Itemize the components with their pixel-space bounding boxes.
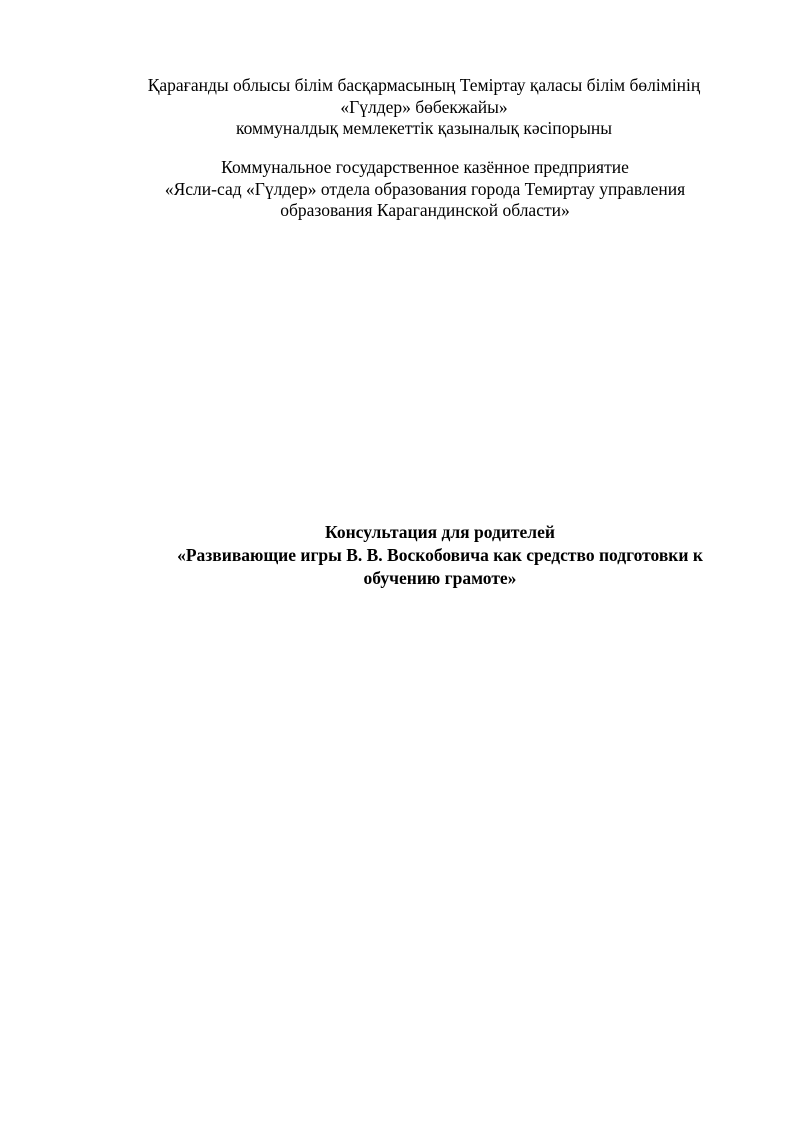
title-line-2: «Развивающие игры В. В. Воскобовича как … — [140, 544, 740, 567]
organization-header-kazakh: Қарағанды облысы білім басқармасының Тем… — [110, 75, 738, 140]
header-kz-line-1: Қарағанды облысы білім басқармасының Тем… — [110, 75, 738, 97]
title-line-3: обучению грамоте» — [140, 567, 740, 590]
title-line-1: Консультация для родителей — [140, 521, 740, 544]
header-kz-line-2: «Гүлдер» бөбекжайы» — [110, 97, 738, 119]
organization-header-russian: Коммунальное государственное казённое пр… — [120, 157, 730, 222]
header-ru-line-2: «Ясли-сад «Гүлдер» отдела образования го… — [120, 179, 730, 201]
header-ru-line-3: образования Карагандинской области» — [120, 200, 730, 222]
header-kz-line-3: коммуналдық мемлекеттік қазыналық кәсіпо… — [110, 118, 738, 140]
document-title: Консультация для родителей «Развивающие … — [140, 521, 740, 590]
header-ru-line-1: Коммунальное государственное казённое пр… — [120, 157, 730, 179]
